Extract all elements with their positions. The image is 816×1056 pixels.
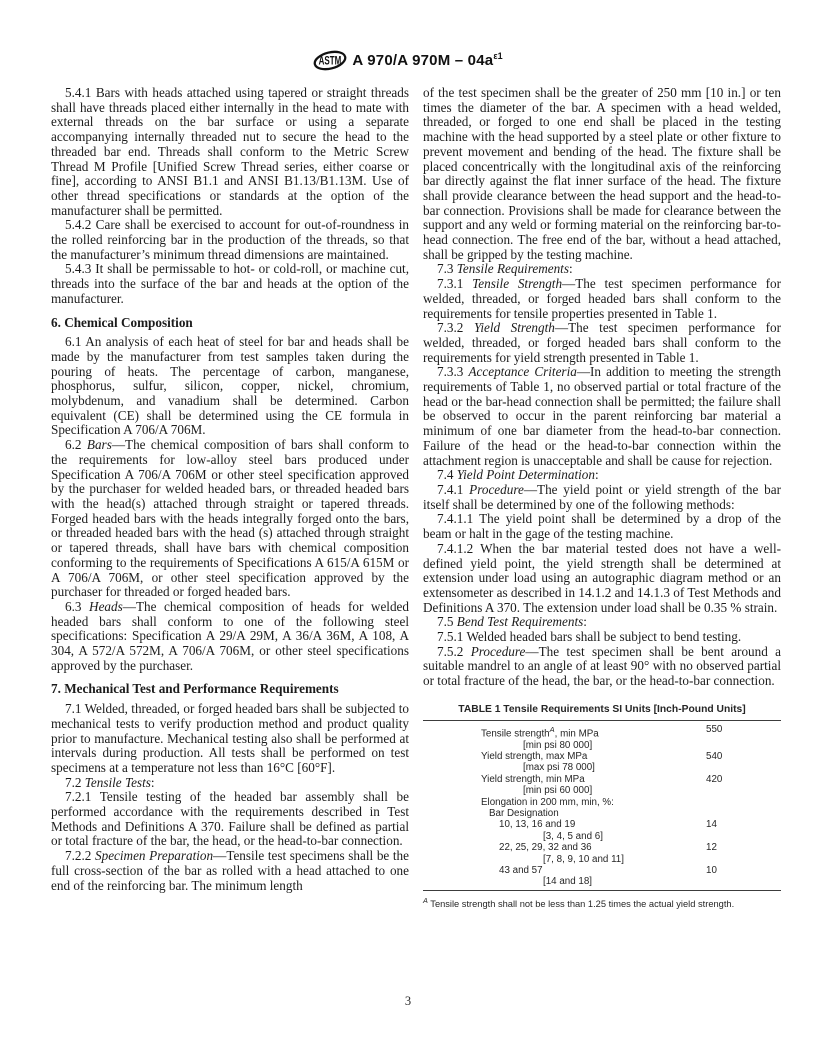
section-heading-mechanical-test: 7. Mechanical Test and Performance Requi… xyxy=(51,682,409,697)
clause-number: 5.4.1 xyxy=(65,85,91,100)
clause-number: 7.2.2 xyxy=(65,848,91,863)
clause-term: Tensile Requirements xyxy=(457,261,569,276)
paragraph-7-5-2: 7.5.2 Procedure—The test specimen shall … xyxy=(423,645,781,689)
page-number: 3 xyxy=(0,994,816,1009)
clause-number: 7.2.1 xyxy=(65,789,91,804)
table-cell-label: 10, 13, 16 and 19 xyxy=(423,819,706,830)
paragraph-7-2: 7.2 Tensile Tests: xyxy=(51,776,409,791)
table-cell-label: Bar Designation xyxy=(423,808,706,819)
clause-number: 7.5.2 xyxy=(437,644,463,659)
clause-text: Care shall be exercised to account for o… xyxy=(51,217,409,261)
clause-text: —The chemical composition of bars shall … xyxy=(51,437,409,599)
paragraph-7-2-2: 7.2.2 Specimen Preparation—Tensile test … xyxy=(51,849,409,893)
clause-number: 7.5.1 xyxy=(437,629,463,644)
document-page: ASTM A 970/A 970M – 04aε1 5.4.1 Bars wit… xyxy=(0,0,816,1056)
clause-number: 7.1 xyxy=(65,701,81,716)
table-cell-label: [max psi 78 000] xyxy=(423,762,706,773)
table-cell-label: Yield strength, max MPa xyxy=(423,751,706,762)
table-cell-value: 550 xyxy=(706,724,781,740)
table-row: Bar Designation xyxy=(423,808,781,819)
paragraph-6-1: 6.1 An analysis of each heat of steel fo… xyxy=(51,335,409,438)
table-cell-label: 22, 25, 29, 32 and 36 xyxy=(423,842,706,853)
paragraph-7-1: 7.1 Welded, threaded, or forged headed b… xyxy=(51,702,409,776)
paragraph-7-3-3: 7.3.3 Acceptance Criteria—In addition to… xyxy=(423,365,781,468)
table-body: Tensile strengthA, min MPa 550 [min psi … xyxy=(423,720,781,891)
table-row: [14 and 18] xyxy=(423,876,781,887)
table-row: [7, 8, 9, 10 and 11] xyxy=(423,854,781,865)
clause-number: 6.3 xyxy=(65,599,81,614)
table-title: TABLE 1 Tensile Requirements SI Units [I… xyxy=(423,704,781,716)
clause-number: 7.4 xyxy=(437,467,453,482)
table-cell-value: 10 xyxy=(706,865,781,876)
clause-text: : xyxy=(583,614,587,629)
clause-text: The yield point shall be determined by a… xyxy=(423,511,781,541)
table-row: [min psi 60 000] xyxy=(423,785,781,796)
paragraph-7-3-2: 7.3.2 Yield Strength—The test specimen p… xyxy=(423,321,781,365)
table-row: 22, 25, 29, 32 and 36 12 xyxy=(423,842,781,853)
clause-term: Bars xyxy=(87,437,112,452)
clause-text: Welded headed bars shall be subject to b… xyxy=(466,629,741,644)
table-cell-value: 14 xyxy=(706,819,781,830)
paragraph-5-4-1: 5.4.1 Bars with heads attached using tap… xyxy=(51,86,409,218)
paragraph-7-3-1: 7.3.1 Tensile Strength—The test specimen… xyxy=(423,277,781,321)
paragraph-7-2-2-continued: of the test specimen shall be the greate… xyxy=(423,86,781,262)
table-cell-label: [3, 4, 5 and 6] xyxy=(423,831,706,842)
table-cell-label: [min psi 80 000] xyxy=(423,740,706,751)
label-text: , min MPa xyxy=(555,728,599,739)
right-column: of the test specimen shall be the greate… xyxy=(423,86,781,910)
table-row: Elongation in 200 mm, min, %: xyxy=(423,797,781,808)
clause-term: Yield Strength xyxy=(474,320,555,335)
clause-number: 7.4.1.1 xyxy=(437,511,473,526)
svg-text:ASTM: ASTM xyxy=(319,53,342,67)
table-row: 43 and 57 10 xyxy=(423,865,781,876)
clause-number: 7.3.1 xyxy=(437,276,463,291)
paragraph-5-4-2: 5.4.2 Care shall be exercised to account… xyxy=(51,218,409,262)
clause-text: Bars with heads attached using tapered o… xyxy=(51,85,409,218)
label-text: Tensile strength xyxy=(481,728,550,739)
clause-text: —In addition to meeting the strength req… xyxy=(423,364,781,467)
paragraph-5-4-3: 5.4.3 It shall be permissable to hot- or… xyxy=(51,262,409,306)
clause-term: Tensile Tests xyxy=(85,775,151,790)
left-column: 5.4.1 Bars with heads attached using tap… xyxy=(51,86,409,910)
clause-text: An analysis of each heat of steel for ba… xyxy=(51,334,409,437)
clause-number: 5.4.3 xyxy=(65,261,91,276)
clause-term: Acceptance Criteria xyxy=(468,364,576,379)
clause-number: 5.4.2 xyxy=(65,217,91,232)
paragraph-6-2: 6.2 Bars—The chemical composition of bar… xyxy=(51,438,409,600)
table-row: [max psi 78 000] xyxy=(423,762,781,773)
clause-number: 6.2 xyxy=(65,437,81,452)
clause-text: Welded, threaded, or forged headed bars … xyxy=(51,701,409,775)
two-column-body: 5.4.1 Bars with heads attached using tap… xyxy=(51,86,781,910)
document-header: ASTM A 970/A 970M – 04aε1 xyxy=(35,45,781,75)
clause-text: When the bar material tested does not ha… xyxy=(423,541,781,615)
table-cell-label: [14 and 18] xyxy=(423,876,706,887)
clause-number: 7.3 xyxy=(437,261,453,276)
clause-term: Yield Point Determination xyxy=(457,467,595,482)
clause-term: Heads xyxy=(89,599,123,614)
table-row: [min psi 80 000] xyxy=(423,740,781,751)
table-cell-label: Yield strength, min MPa xyxy=(423,774,706,785)
table-cell-value: 540 xyxy=(706,751,781,762)
paragraph-7-3: 7.3 Tensile Requirements: xyxy=(423,262,781,277)
clause-term: Specimen Preparation xyxy=(95,848,213,863)
table-cell-value: 12 xyxy=(706,842,781,853)
table-row: Yield strength, min MPa 420 xyxy=(423,774,781,785)
paragraph-6-3: 6.3 Heads—The chemical composition of he… xyxy=(51,600,409,674)
clause-term: Procedure xyxy=(469,482,524,497)
table-cell-label: [7, 8, 9, 10 and 11] xyxy=(423,854,706,865)
clause-term: Bend Test Requirements xyxy=(457,614,583,629)
designation-superscript: ε1 xyxy=(493,51,502,61)
table-cell-label: 43 and 57 xyxy=(423,865,706,876)
paragraph-7-4-1-1: 7.4.1.1 The yield point shall be determi… xyxy=(423,512,781,541)
paragraph-7-4-1: 7.4.1 Procedure—The yield point or yield… xyxy=(423,483,781,512)
table-cell-label: [min psi 60 000] xyxy=(423,785,706,796)
table-1-tensile-requirements: TABLE 1 Tensile Requirements SI Units [I… xyxy=(423,704,781,910)
clause-number: 6.1 xyxy=(65,334,81,349)
designation-text: A 970/A 970M – 04a xyxy=(352,52,493,69)
table-cell-value: 420 xyxy=(706,774,781,785)
paragraph-7-5-1: 7.5.1 Welded headed bars shall be subjec… xyxy=(423,630,781,645)
table-cell-label: Tensile strengthA, min MPa xyxy=(423,724,706,740)
clause-text: : xyxy=(151,775,155,790)
clause-text: : xyxy=(569,261,573,276)
table-cell-label: Elongation in 200 mm, min, %: xyxy=(423,797,706,808)
table-row: Yield strength, max MPa 540 xyxy=(423,751,781,762)
astm-logo-icon: ASTM xyxy=(313,47,347,74)
table-row: 10, 13, 16 and 19 14 xyxy=(423,819,781,830)
clause-number: 7.5 xyxy=(437,614,453,629)
paragraph-7-2-1: 7.2.1 Tensile testing of the headed bar … xyxy=(51,790,409,849)
clause-number: 7.2 xyxy=(65,775,81,790)
clause-text: Tensile testing of the headed bar assemb… xyxy=(51,789,409,848)
clause-text: It shall be permissable to hot- or cold-… xyxy=(51,261,409,305)
table-row: Tensile strengthA, min MPa 550 xyxy=(423,724,781,740)
standard-designation: A 970/A 970M – 04aε1 xyxy=(352,51,502,69)
clause-number: 7.4.1 xyxy=(437,482,463,497)
clause-number: 7.3.3 xyxy=(437,364,463,379)
clause-number: 7.4.1.2 xyxy=(437,541,473,556)
footnote-text: Tensile strength shall not be less than … xyxy=(428,899,734,909)
clause-text: : xyxy=(595,467,599,482)
table-footnote: A Tensile strength shall not be less tha… xyxy=(423,891,781,910)
paragraph-7-5: 7.5 Bend Test Requirements: xyxy=(423,615,781,630)
clause-number: 7.3.2 xyxy=(437,320,463,335)
paragraph-7-4-1-2: 7.4.1.2 When the bar material tested doe… xyxy=(423,542,781,616)
paragraph-7-4: 7.4 Yield Point Determination: xyxy=(423,468,781,483)
clause-term: Tensile Strength xyxy=(472,276,562,291)
section-heading-chemical-composition: 6. Chemical Composition xyxy=(51,316,409,331)
table-row: [3, 4, 5 and 6] xyxy=(423,831,781,842)
clause-term: Procedure xyxy=(471,644,526,659)
